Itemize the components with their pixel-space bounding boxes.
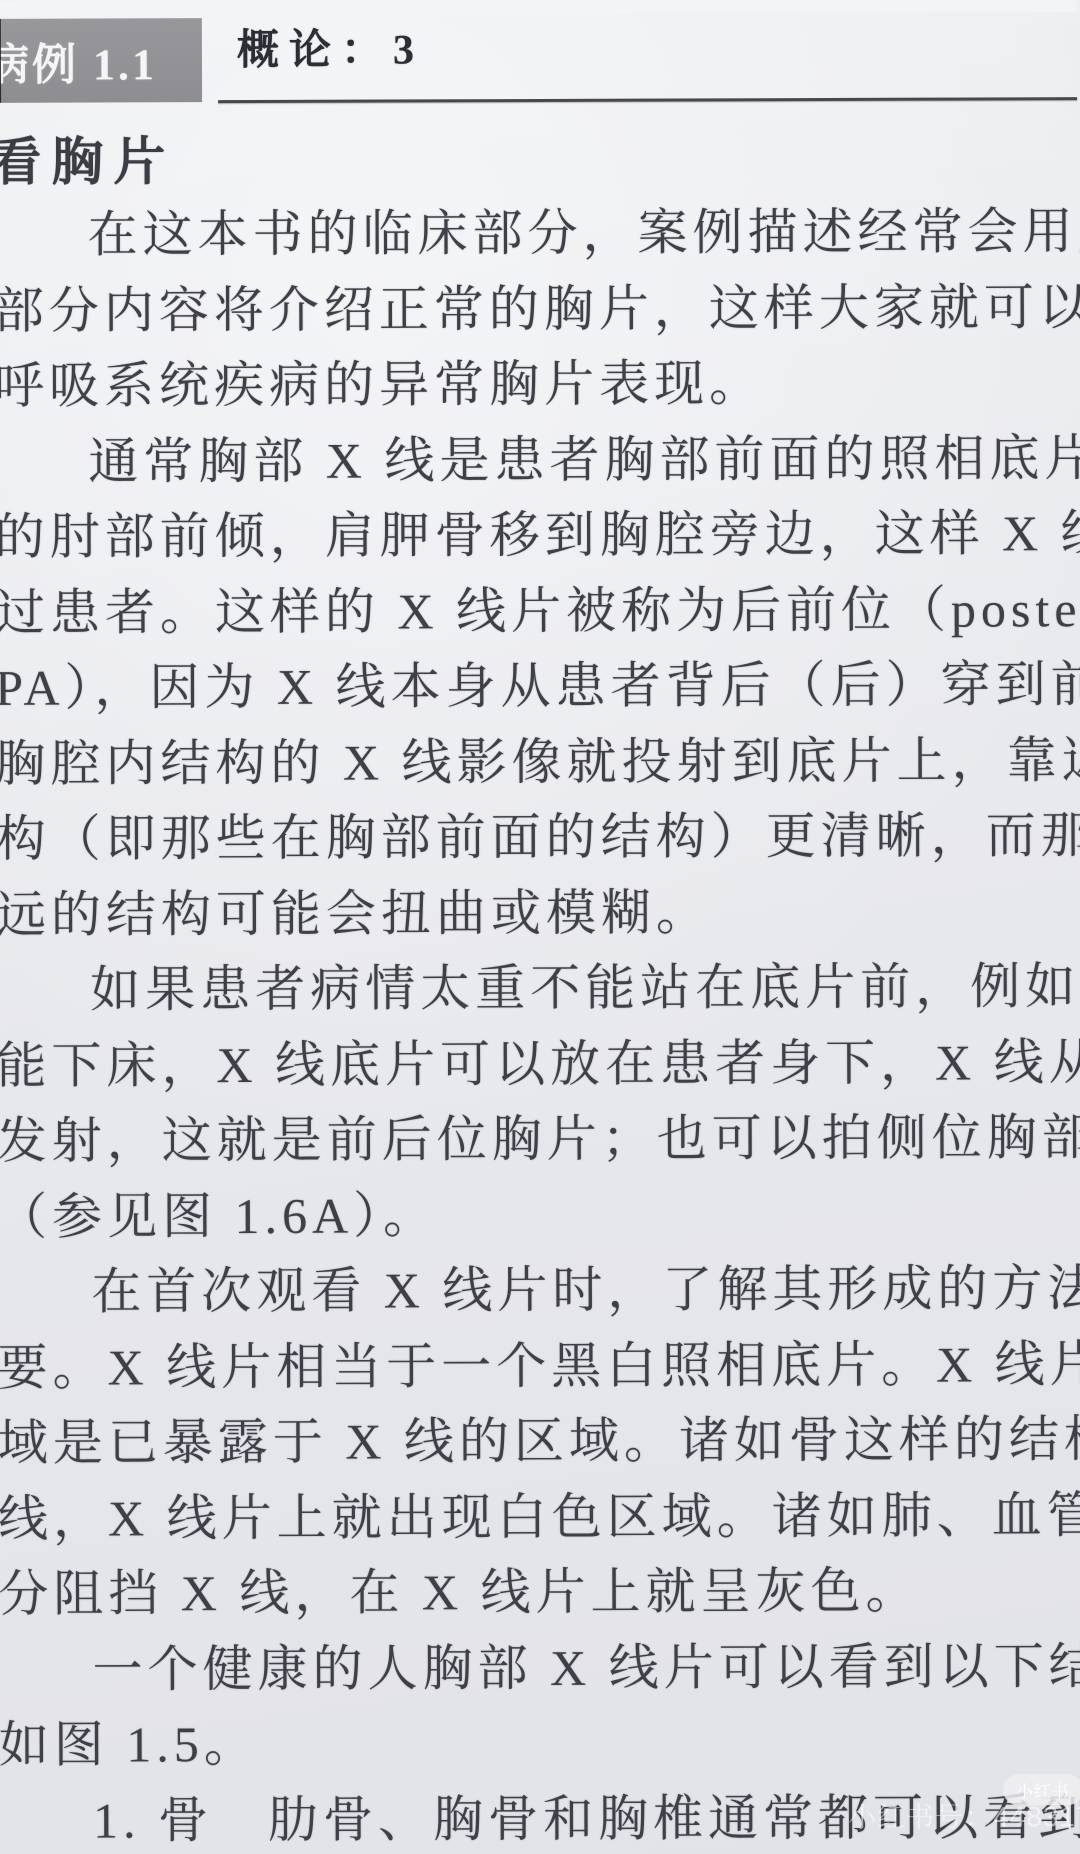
photo-top-edge	[0, 0, 1077, 16]
section-label: 概论：3	[237, 16, 424, 77]
text-line: 能下床，X 线底片可以放在患者身下，X 线从患者	[0, 1025, 1080, 1104]
text-line: 一个健康的人胸部 X 线片可以看到以下结	[92, 1629, 1080, 1708]
text-line: 在这本书的临床部分，案例描述经常会用胸片	[87, 194, 1077, 273]
text-line: PA），因为 X 线本身从患者背后（后）穿到前面	[0, 647, 1079, 726]
text-line: （参见图 1.6A）。	[0, 1176, 1080, 1255]
text-line: 部分内容将介绍正常的胸片，这样大家就可以分辨	[0, 270, 1078, 349]
page-content: 病例 1.1 概论：3 看胸片 在这本书的临床部分，案例描述经常会用胸片部分内容…	[0, 0, 1080, 1854]
text-line: 分阻挡 X 线，在 X 线片上就呈灰色。	[0, 1553, 1080, 1632]
page-title: 看胸片	[0, 119, 175, 195]
text-line: 的肘部前倾，肩胛骨移到胸腔旁边，这样 X 线就能	[0, 496, 1079, 575]
case-label-box: 病例 1.1	[0, 18, 202, 103]
text-line: 过患者。这样的 X 线片被称为后前位（posteroant	[0, 572, 1079, 651]
text-line: 在首次观看 X 线片时，了解其形成的方法非	[91, 1251, 1080, 1330]
text-line: 要。X 线片相当于一个黑白照相底片。X 线片较暗	[0, 1327, 1080, 1406]
text-line: 发射，这就是前后位胸片；也可以拍侧位胸部 X	[0, 1100, 1080, 1179]
book-page-photo: 病例 1.1 概论：3 看胸片 在这本书的临床部分，案例描述经常会用胸片部分内容…	[0, 0, 1080, 1854]
text-line: 远的结构可能会扭曲或模糊。	[0, 874, 1080, 953]
text-line: 线，X 线片上就出现白色区域。诸如肺、血管等结	[0, 1478, 1080, 1557]
text-line: 域是已暴露于 X 线的区域。诸如骨这样的结构阻	[0, 1402, 1080, 1481]
text-line: 通常胸部 X 线是患者胸部前面的照相底片。	[88, 421, 1078, 500]
xiaohongshu-watermark-id: 小红书号：448317076	[848, 1795, 1080, 1836]
text-line: 如果患者病情太重不能站在底片前，例如，病	[90, 949, 1080, 1028]
text-line: 如图 1.5。	[0, 1704, 1080, 1783]
text-line: 胸腔内结构的 X 线影像就投射到底片上，靠近底片	[0, 723, 1080, 802]
header-rule	[218, 97, 1077, 103]
text-line: 构（即那些在胸部前面的结构）更清晰，而那些离	[0, 798, 1080, 877]
text-lines: 在这本书的临床部分，案例描述经常会用胸片部分内容将介绍正常的胸片，这样大家就可以…	[0, 194, 1080, 1854]
case-label: 病例 1.1	[0, 28, 157, 93]
text-line: 呼吸系统疾病的异常胸片表现。	[0, 345, 1078, 424]
